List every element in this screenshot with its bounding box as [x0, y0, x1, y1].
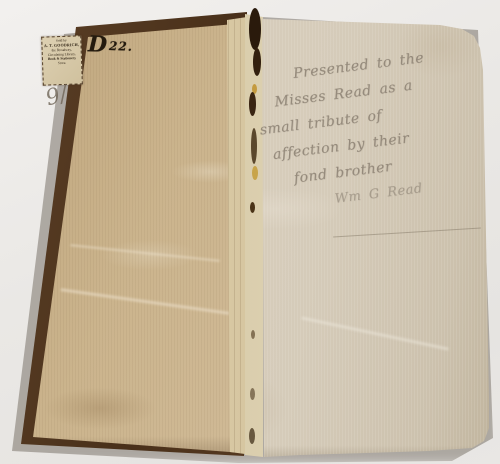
stitch-thread — [252, 166, 258, 180]
bookseller-label-text: Sold by A. T. GOODRICH, the Broadway, Ci… — [42, 36, 81, 66]
gift-inscription: Presented to the Misses Read as a small … — [252, 37, 500, 220]
spine-tear — [250, 388, 255, 400]
shelf-mark-letter: D — [88, 31, 108, 58]
spine-tear — [249, 8, 261, 50]
spine-tear — [250, 202, 255, 213]
shelf-mark-number: 22. — [109, 39, 133, 54]
bookseller-label: Sold by A. T. GOODRICH, the Broadway, Ci… — [41, 35, 83, 85]
spine-tear — [251, 128, 257, 164]
shelf-mark: D22. — [88, 31, 132, 58]
spine-tear — [249, 428, 255, 444]
book-photo: Sold by A. T. GOODRICH, the Broadway, Ci… — [0, 0, 500, 464]
spine-tear — [251, 330, 255, 339]
